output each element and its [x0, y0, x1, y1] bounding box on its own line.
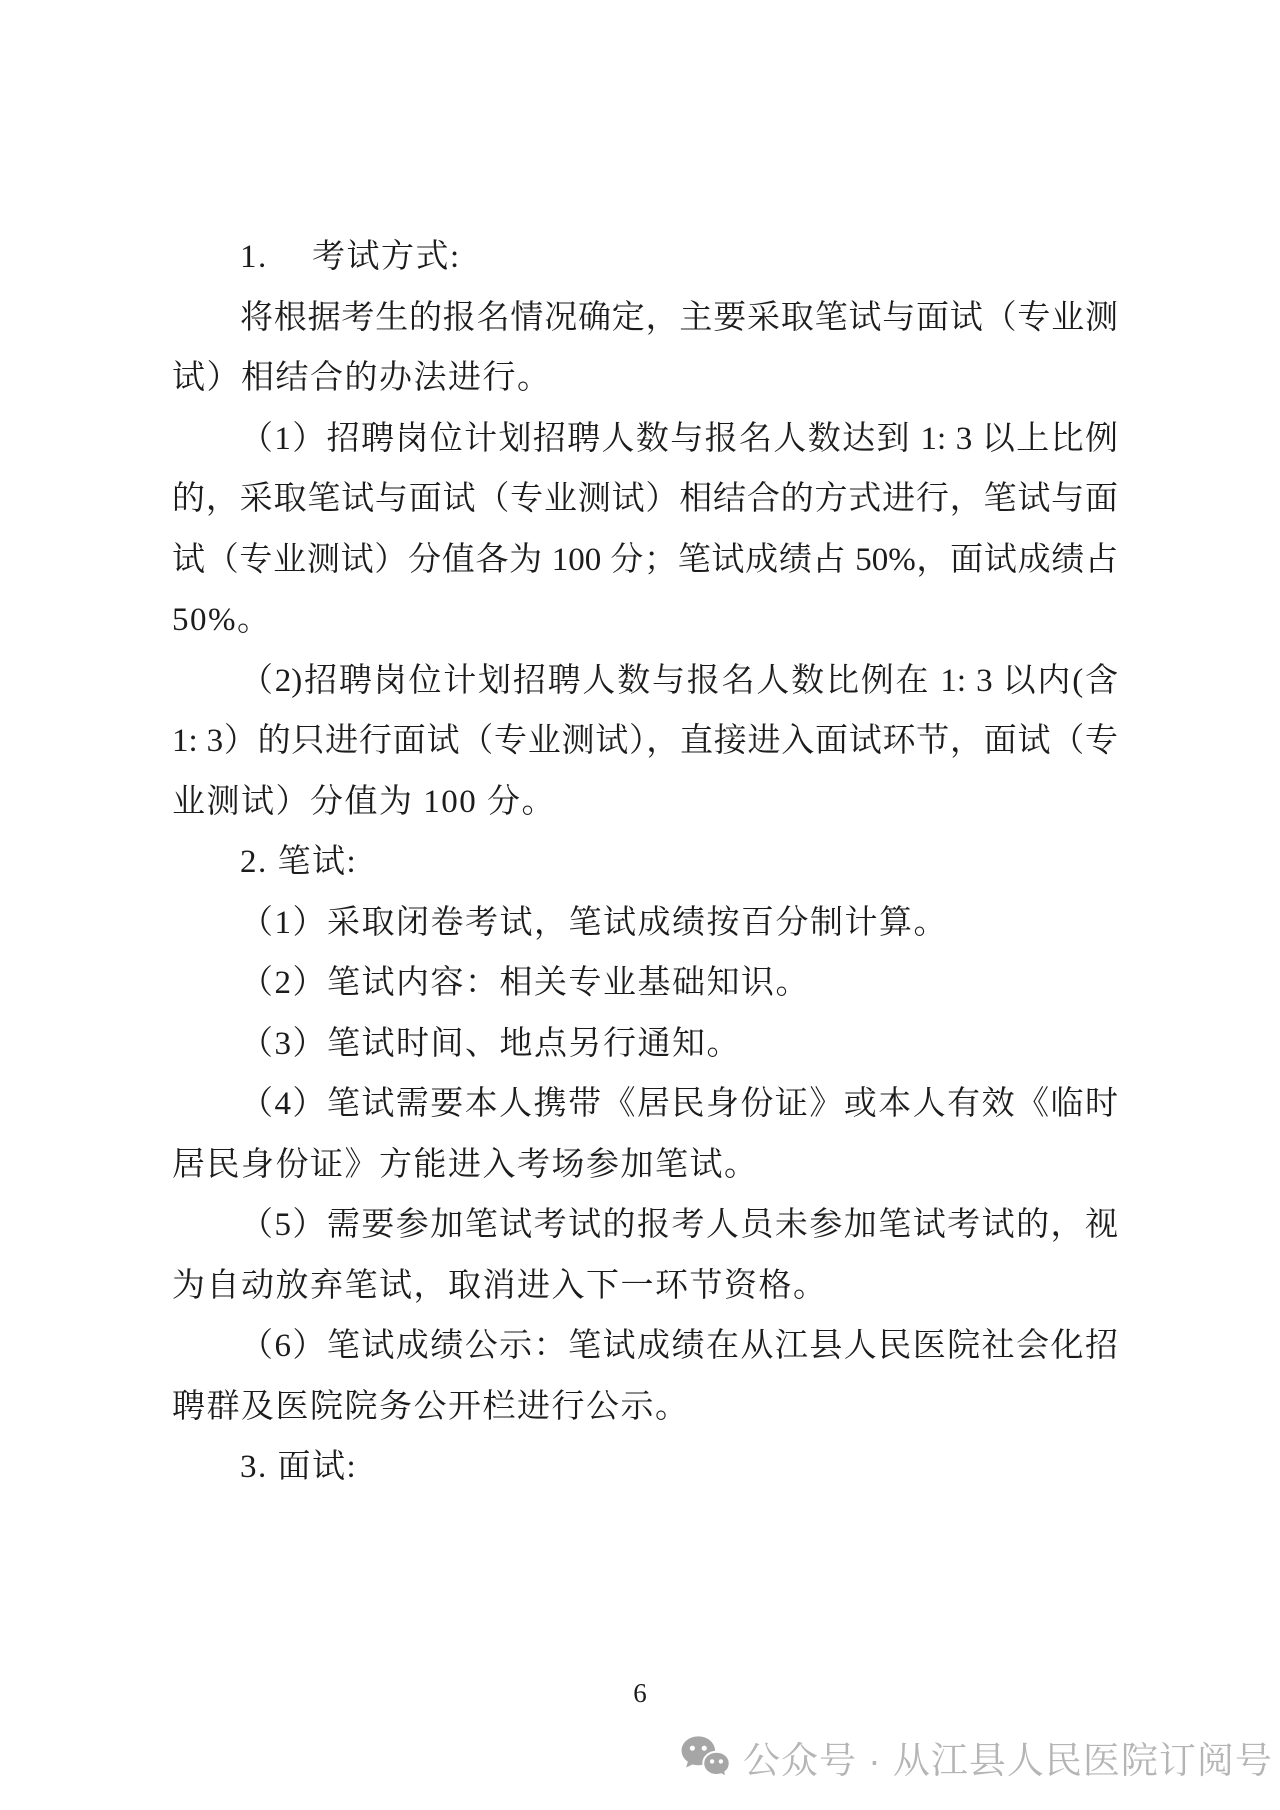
- text-line: （1）采取闭卷考试，笔试成绩按百分制计算。: [172, 893, 1118, 954]
- text-line: 3. 面试:: [172, 1437, 1118, 1498]
- text-line: 2. 笔试:: [172, 832, 1118, 893]
- text-line: （4）笔试需要本人携带《居民身份证》或本人有效《临时: [172, 1074, 1118, 1135]
- text-line: 试）相结合的办法进行。: [172, 348, 1118, 409]
- text-line: 为自动放弃笔试，取消进入下一环节资格。: [172, 1256, 1118, 1317]
- text-line: 1: 3）的只进行面试（专业测试），直接进入面试环节，面试（专: [172, 711, 1118, 772]
- text-line: 居民身份证》方能进入考场参加笔试。: [172, 1135, 1118, 1196]
- text-line: 50%。: [172, 590, 1118, 651]
- text-line: （2）笔试内容：相关专业基础知识。: [172, 953, 1118, 1014]
- text-line: （2)招聘岗位计划招聘人数与报名人数比例在 1: 3 以内(含: [172, 651, 1118, 712]
- text-line: 聘群及医院院务公开栏进行公示。: [172, 1377, 1118, 1438]
- text-line: 将根据考生的报名情况确定，主要采取笔试与面试（专业测: [172, 288, 1118, 349]
- watermark-text: 公众号 · 从江县人民医院订阅号: [743, 1730, 1273, 1784]
- page-number: 6: [0, 1678, 1280, 1709]
- text-line: 1. 考试方式:: [172, 227, 1118, 288]
- wechat-watermark: 公众号 · 从江县人民医院订阅号: [680, 1733, 1273, 1781]
- document-page: 1. 考试方式:将根据考生的报名情况确定，主要采取笔试与面试（专业测试）相结合的…: [0, 0, 1280, 1810]
- text-line: （1）招聘岗位计划招聘人数与报名人数达到 1: 3 以上比例: [172, 409, 1118, 470]
- text-line: （5）需要参加笔试考试的报考人员未参加笔试考试的，视: [172, 1195, 1118, 1256]
- document-body: 1. 考试方式:将根据考生的报名情况确定，主要采取笔试与面试（专业测试）相结合的…: [172, 227, 1118, 1498]
- text-line: （6）笔试成绩公示：笔试成绩在从江县人民医院社会化招: [172, 1316, 1118, 1377]
- text-line: 的，采取笔试与面试（专业测试）相结合的方式进行，笔试与面: [172, 469, 1118, 530]
- text-line: 试（专业测试）分值各为 100 分；笔试成绩占 50%，面试成绩占: [172, 530, 1118, 591]
- wechat-icon: [680, 1735, 730, 1779]
- text-line: 业测试）分值为 100 分。: [172, 772, 1118, 833]
- text-line: （3）笔试时间、地点另行通知。: [172, 1014, 1118, 1075]
